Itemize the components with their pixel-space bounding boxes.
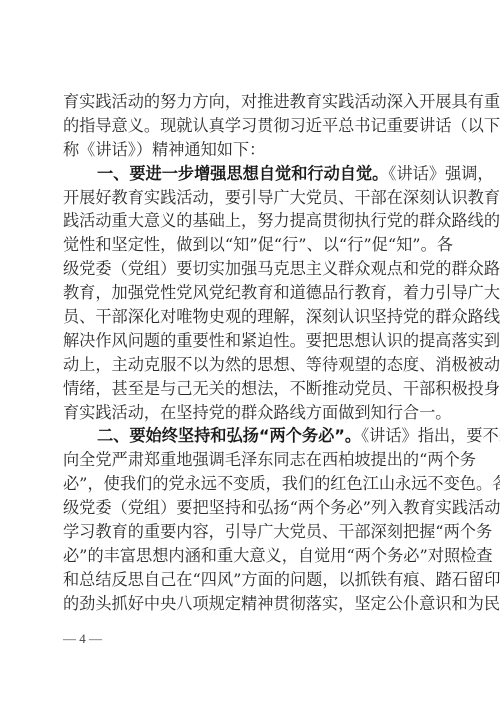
text-line: 解决作风问题的重要性和紧迫性。要把思想认识的提高落实到行 [63,329,441,353]
section-1-heading-line: 一、要进一步增强思想自觉和行动自觉。《讲话》强调， [63,162,441,186]
text-line: 觉性和坚定性，做到以“知”促“行”、以“行”促“知”。各 [63,233,441,257]
text-line: 情绪，甚至是与己无关的想法，不断推动党员、干部积极投身教 [63,377,441,401]
text-line: 员、干部深化对唯物史观的理解，深刻认识坚持党的群众路线、 [63,305,441,329]
text-line: 学习教育的重要内容，引导广大党员、干部深刻把握“两个务 [63,520,441,544]
text-line: 必”的丰富思想内涵和重大意义，自觉用“两个务必”对照检查 [63,544,441,568]
section-2-heading-rest: 《讲话》指出，要不断 [361,426,500,445]
page-number: — 4 — [63,631,102,647]
text-line: 级党委（党组）要切实加强马克思主义群众观点和党的群众路线 [63,257,441,281]
text-line: 必”，使我们的党永远不变质，我们的红色江山永远不变色。各 [63,472,441,496]
section-2-heading-line: 二、要始终坚持和弘扬“两个务必”。《讲话》指出，要不断 [63,424,441,448]
text-line: 称《讲话》）精神通知如下： [63,138,441,162]
text-line: 的劲头抓好中央八项规定精神贯彻落实，坚定公仆意识和为民情 [63,592,441,616]
text-line: 动上，主动克服不以为然的思想、等待观望的态度、消极被动的 [63,353,441,377]
text-line: 育实践活动的努力方向，对推进教育实践活动深入开展具有重要 [63,90,441,114]
text-line: 教育，加强党性党风党纪教育和道德品行教育，着力引导广大党 [63,281,441,305]
section-2-heading: 二、要始终坚持和弘扬“两个务必”。 [97,426,361,445]
section-1-heading-rest: 《讲话》强调， [388,164,493,183]
text-line: 向全党严肃郑重地强调毛泽东同志在西柏坡提出的“两个务 [63,448,441,472]
text-line: 开展好教育实践活动，要引导广大党员、干部在深刻认识教育实 [63,186,441,210]
document-body: 育实践活动的努力方向，对推进教育实践活动深入开展具有重要 的指导意义。现就认真学… [63,90,441,616]
section-1-heading: 一、要进一步增强思想自觉和行动自觉。 [97,164,388,183]
document-page: 育实践活动的努力方向，对推进教育实践活动深入开展具有重要 的指导意义。现就认真学… [0,0,500,707]
text-line: 的指导意义。现就认真学习贯彻习近平总书记重要讲话（以下简 [63,114,441,138]
text-line: 级党委（党组）要把坚持和弘扬“两个务必”列入教育实践活动 [63,496,441,520]
text-line: 践活动重大意义的基础上，努力提高贯彻执行党的群众路线的自 [63,209,441,233]
text-line: 育实践活动，在坚持党的群众路线方面做到知行合一。 [63,401,441,425]
text-line: 和总结反思自己在“四风”方面的问题，以抓铁有痕、踏石留印 [63,568,441,592]
